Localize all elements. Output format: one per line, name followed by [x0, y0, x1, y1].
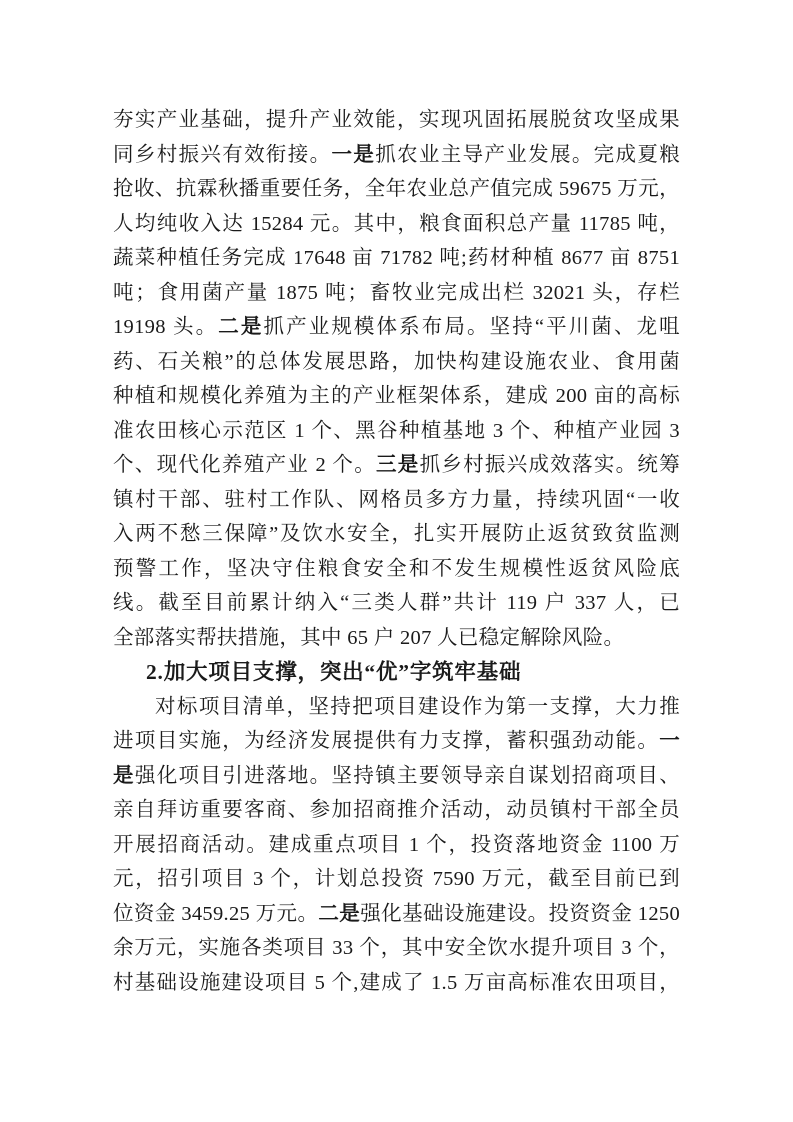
text-block: 夯实产业基础，提升产业效能，实现巩固拓展脱贫攻坚成果同乡村振兴有效衔接。一是抓农… — [113, 103, 680, 1000]
text-line: 余万元，实施各类项目 33 个，其中安全饮水提升项目 3 个， — [113, 931, 680, 966]
text-line: 药、石关粮”的总体发展思路，加快构建设施农业、食用菌 — [113, 345, 680, 380]
body-text: 种植和规模化养殖为主的产业框架体系，建成 200 亩的高标 — [113, 385, 680, 407]
body-text: 准农田核心示范区 1 个、黑谷种植基地 3 个、种植产业园 3 — [113, 420, 680, 442]
body-text: 线。截至目前累计纳入“三类人群”共计 119 户 337 人，已 — [113, 592, 680, 614]
text-line: 19198 头。二是抓产业规模体系布局。坚持“平川菌、龙咀 — [113, 310, 680, 345]
text-line: 镇村干部、驻村工作队、网格员多方力量，持续巩固“一收 — [113, 483, 680, 518]
body-text: 抓农业主导产业发展。完成夏粮 — [375, 144, 680, 166]
text-line: 个、现代化养殖产业 2 个。三是抓乡村振兴成效落实。统筹 — [113, 448, 680, 483]
body-text: 吨；食用菌产量 1875 吨；畜牧业完成出栏 32021 头，存栏 — [113, 282, 680, 304]
text-line: 对标项目清单，坚持把项目建设作为第一支撑，大力推 — [113, 690, 680, 725]
body-text: 抓乡村振兴成效落实。统筹 — [420, 454, 680, 476]
body-text: 同乡村振兴有效衔接。 — [113, 144, 331, 166]
body-text: 个、现代化养殖产业 2 个。 — [113, 454, 376, 476]
body-text: 蔬菜种植任务完成 17648 亩 71782 吨;药材种植 8677 亩 875… — [113, 247, 680, 269]
body-text: 药、石关粮”的总体发展思路，加快构建设施农业、食用菌 — [113, 351, 680, 373]
text-line: 进项目实施，为经济发展提供有力支撑，蓄积强劲动能。一 — [113, 724, 680, 759]
body-text: 村基础设施建设项目 5 个,建成了 1.5 万亩高标准农田项目， — [113, 972, 680, 994]
emphasis-text: 一 — [659, 730, 680, 752]
body-text: 亲自拜访重要客商、参加招商推介活动，动员镇村干部全员 — [113, 799, 680, 821]
text-line: 抢收、抗霖秋播重要任务，全年农业总产值完成 59675 万元， — [113, 172, 680, 207]
text-line: 亲自拜访重要客商、参加招商推介活动，动员镇村干部全员 — [113, 793, 680, 828]
body-text: 强化项目引进落地。坚持镇主要领导亲自谋划招商项目、 — [135, 765, 680, 787]
text-line: 夯实产业基础，提升产业效能，实现巩固拓展脱贫攻坚成果 — [113, 103, 680, 138]
body-text: 预警工作，坚决守住粮食安全和不发生规模性返贫风险底 — [113, 558, 680, 580]
body-text: 余万元，实施各类项目 33 个，其中安全饮水提升项目 3 个， — [113, 937, 680, 959]
text-line: 同乡村振兴有效衔接。一是抓农业主导产业发展。完成夏粮 — [113, 138, 680, 173]
body-text: 镇村干部、驻村工作队、网格员多方力量，持续巩固“一收 — [113, 489, 680, 511]
body-text: 强化基础设施建设。投资资金 1250 — [360, 903, 680, 925]
text-line: 位资金 3459.25 万元。二是强化基础设施建设。投资资金 1250 — [113, 897, 680, 932]
body-text: 进项目实施，为经济发展提供有力支撑，蓄积强劲动能。 — [113, 730, 659, 752]
emphasis-text: 一是 — [331, 144, 375, 166]
emphasis-text: 三是 — [376, 454, 420, 476]
text-line: 线。截至目前累计纳入“三类人群”共计 119 户 337 人，已 — [113, 586, 680, 621]
emphasis-text: 二是 — [218, 316, 263, 338]
body-text: 人均纯收入达 15284 元。其中，粮食面积总产量 11785 吨， — [113, 213, 680, 235]
text-line: 是强化项目引进落地。坚持镇主要领导亲自谋划招商项目、 — [113, 759, 680, 794]
emphasis-text: 是 — [113, 765, 135, 787]
emphasis-text: 二是 — [318, 903, 360, 925]
body-text: 全部落实帮扶措施，其中 65 户 207 人已稳定解除风险。 — [113, 627, 624, 649]
body-text: 入两不愁三保障”及饮水安全，扎实开展防止返贫致贫监测 — [113, 523, 680, 545]
body-text: 抢收、抗霖秋播重要任务，全年农业总产值完成 59675 万元， — [113, 178, 680, 200]
body-text: 夯实产业基础，提升产业效能，实现巩固拓展脱贫攻坚成果 — [113, 109, 680, 131]
text-line: 元，招引项目 3 个，计划总投资 7590 万元，截至目前已到 — [113, 862, 680, 897]
section-heading: 2.加大项目支撑，突出“优”字筑牢基础 — [113, 655, 680, 690]
body-text: 位资金 3459.25 万元。 — [113, 903, 318, 925]
text-line: 准农田核心示范区 1 个、黑谷种植基地 3 个、种植产业园 3 — [113, 414, 680, 449]
body-text: 元，招引项目 3 个，计划总投资 7590 万元，截至目前已到 — [113, 868, 680, 890]
text-line: 吨；食用菌产量 1875 吨；畜牧业完成出栏 32021 头，存栏 — [113, 276, 680, 311]
text-line: 蔬菜种植任务完成 17648 亩 71782 吨;药材种植 8677 亩 875… — [113, 241, 680, 276]
text-line: 村基础设施建设项目 5 个,建成了 1.5 万亩高标准农田项目， — [113, 966, 680, 1001]
text-line: 人均纯收入达 15284 元。其中，粮食面积总产量 11785 吨， — [113, 207, 680, 242]
body-text: 抓产业规模体系布局。坚持“平川菌、龙咀 — [263, 316, 680, 338]
text-line: 全部落实帮扶措施，其中 65 户 207 人已稳定解除风险。 — [113, 621, 680, 656]
text-line: 种植和规模化养殖为主的产业框架体系，建成 200 亩的高标 — [113, 379, 680, 414]
emphasis-text: 2.加大项目支撑，突出“优”字筑牢基础 — [146, 660, 521, 684]
text-line: 预警工作，坚决守住粮食安全和不发生规模性返贫风险底 — [113, 552, 680, 587]
document-page: 夯实产业基础，提升产业效能，实现巩固拓展脱贫攻坚成果同乡村振兴有效衔接。一是抓农… — [0, 0, 793, 1122]
text-line: 开展招商活动。建成重点项目 1 个，投资落地资金 1100 万 — [113, 828, 680, 863]
text-line: 入两不愁三保障”及饮水安全，扎实开展防止返贫致贫监测 — [113, 517, 680, 552]
body-text: 对标项目清单，坚持把项目建设作为第一支撑，大力推 — [155, 696, 680, 718]
body-text: 开展招商活动。建成重点项目 1 个，投资落地资金 1100 万 — [113, 834, 680, 856]
body-text: 19198 头。 — [113, 316, 218, 338]
